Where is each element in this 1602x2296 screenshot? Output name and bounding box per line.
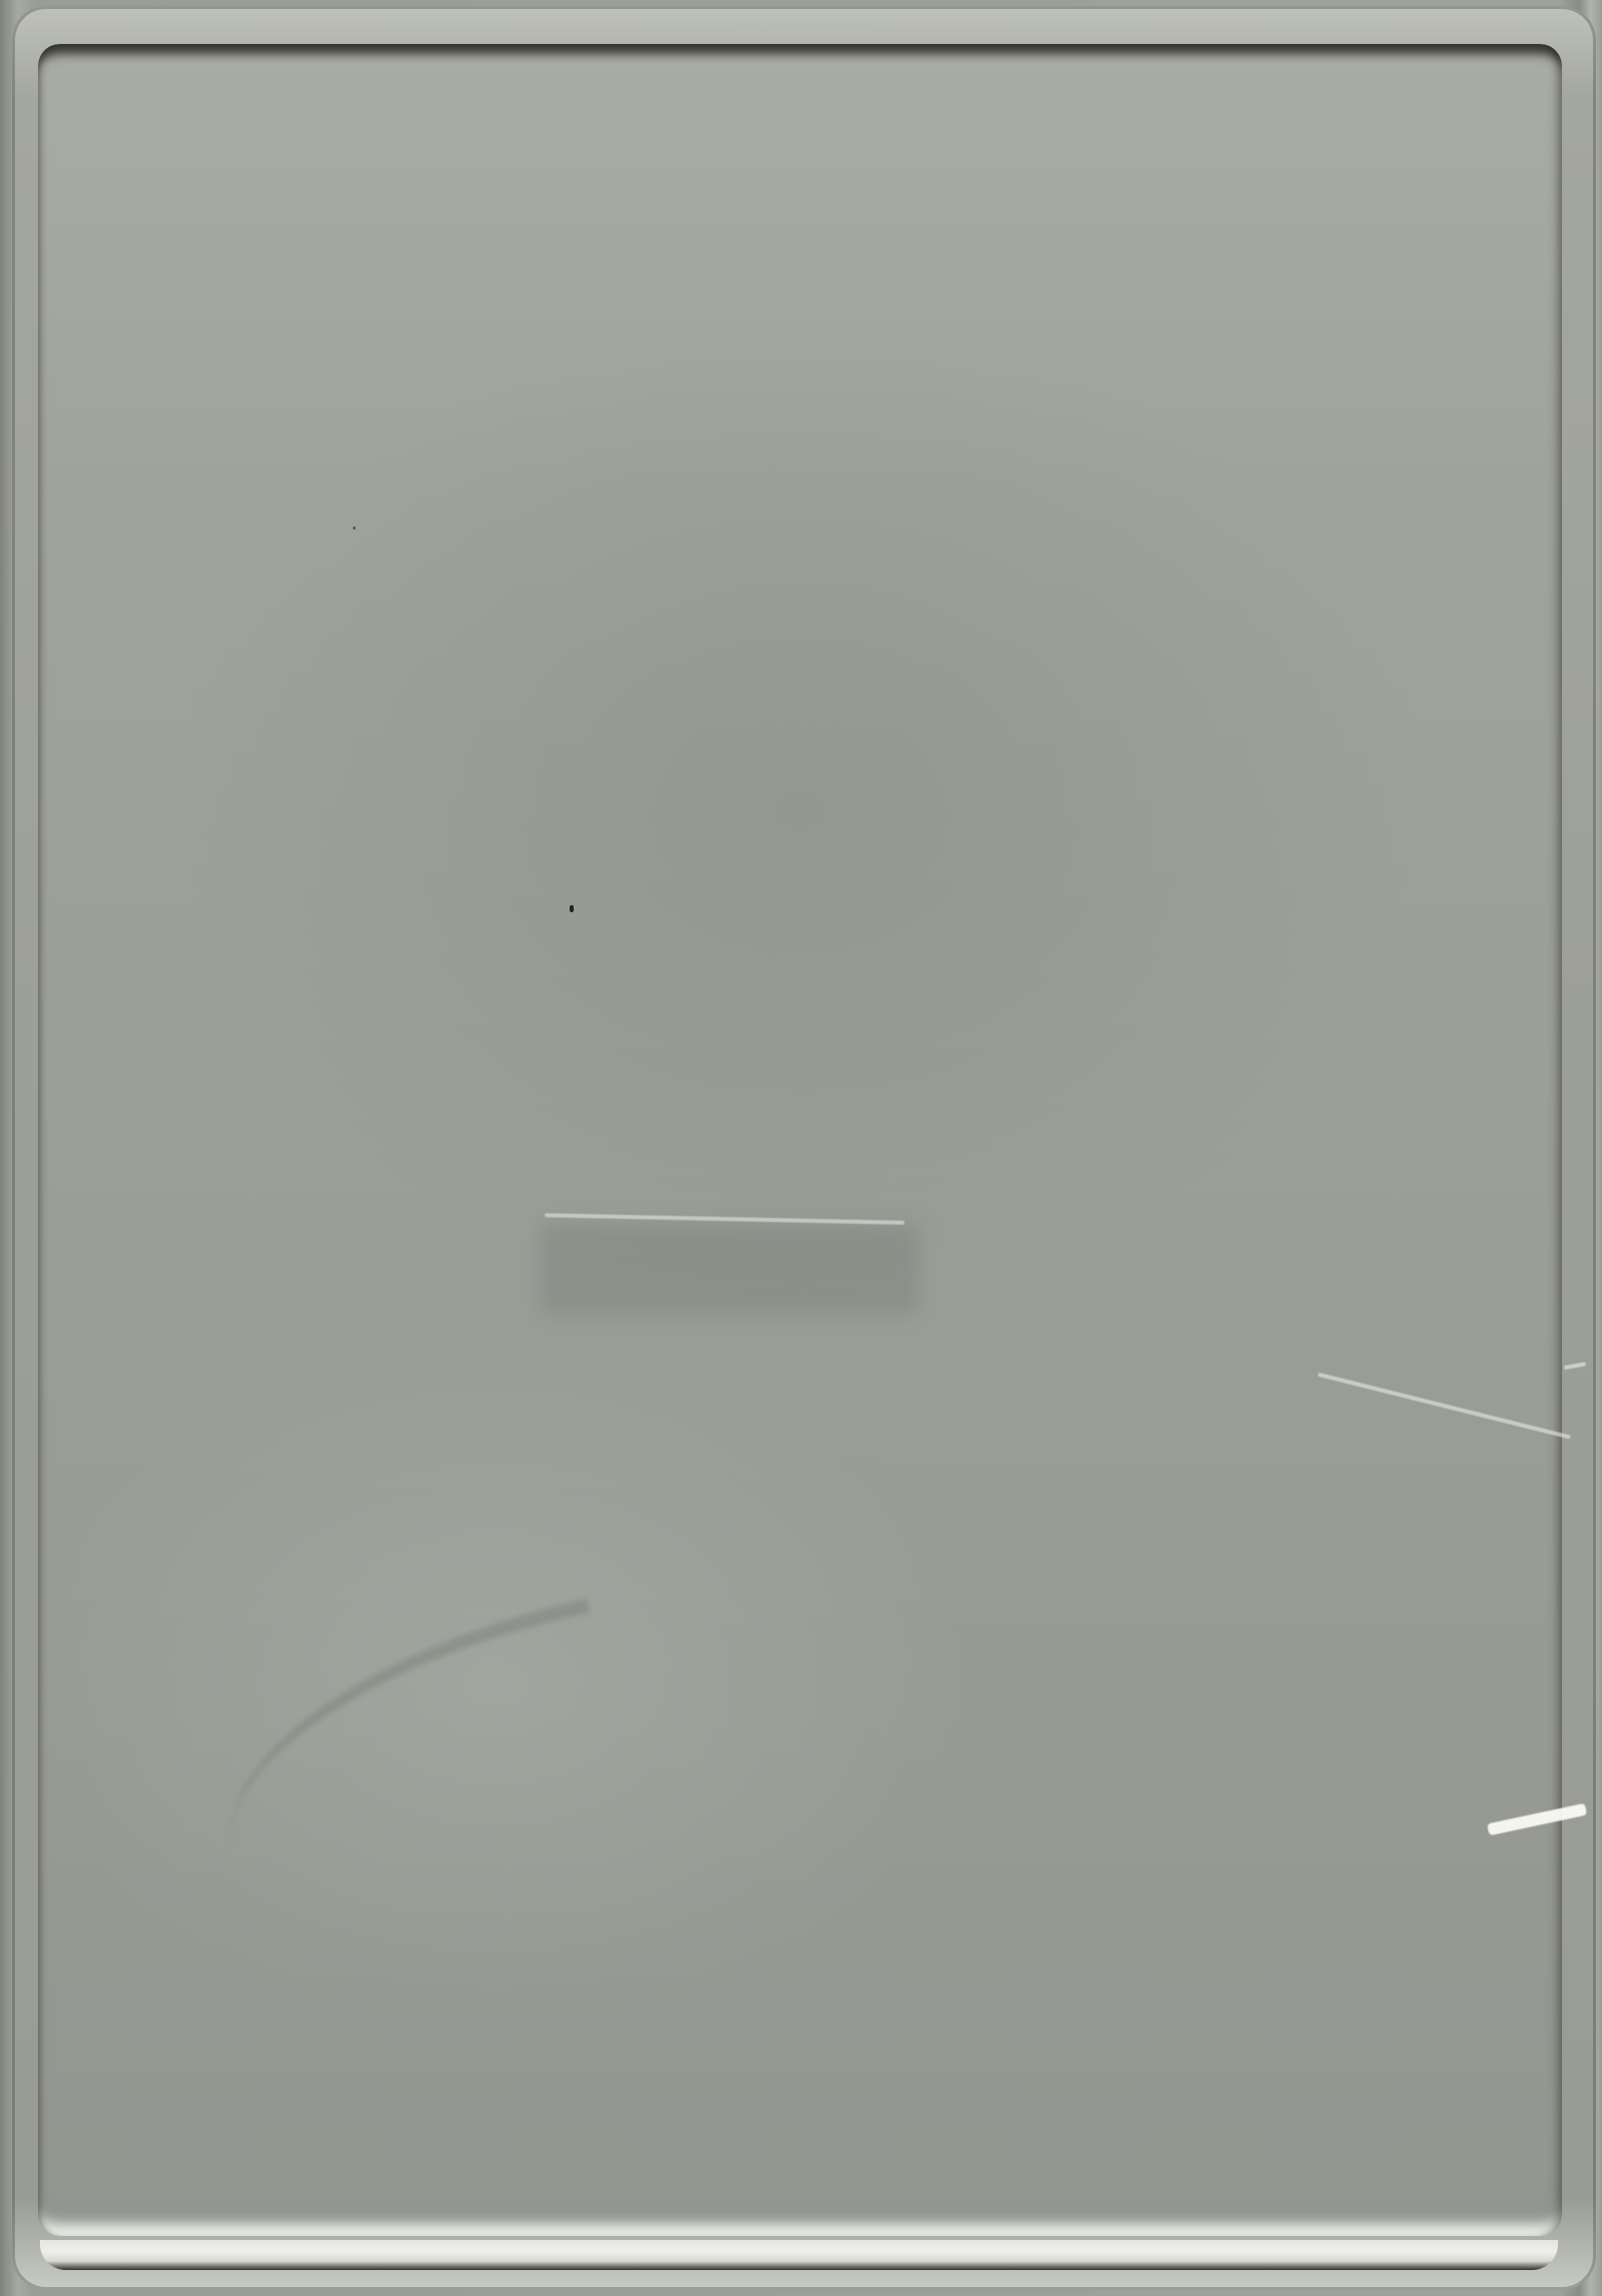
- bottom-edge-highlight: [40, 2240, 1558, 2270]
- dust-speck: [570, 905, 574, 912]
- blank-panel-surface: [38, 44, 1562, 2236]
- photo-scene: Close-up photograph of an empty, matte g…: [0, 0, 1602, 2296]
- surface-shadow: [540, 1224, 919, 1314]
- dust-speck: [353, 527, 356, 530]
